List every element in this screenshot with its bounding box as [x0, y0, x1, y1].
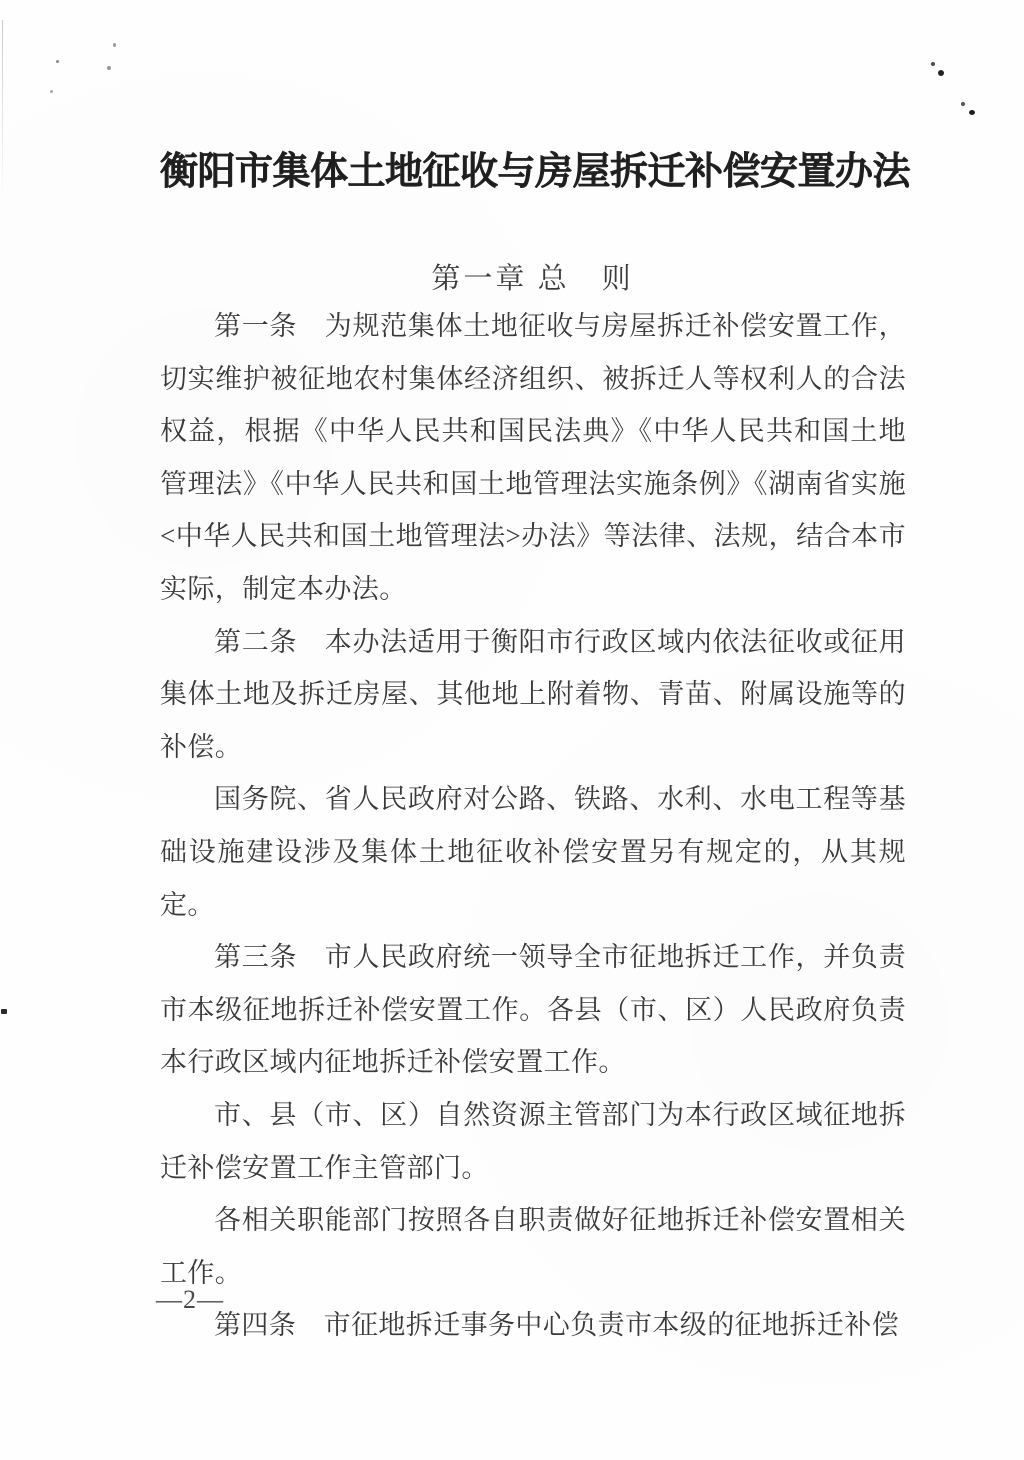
paragraph: 各相关职能部门按照各自职责做好征地拆迁补偿安置相关工作。 — [160, 1194, 906, 1299]
paragraph: 国务院、省人民政府对公路、铁路、水利、水电工程等基础设施建设涉及集体土地征收补偿… — [160, 773, 906, 931]
ink-speck — [969, 110, 975, 115]
paragraph: 第三条 市人民政府统一领导全市征地拆迁工作，并负责市本级征地拆迁补偿安置工作。各… — [160, 931, 906, 1089]
document-page: 衡阳市集体土地征收与房屋拆迁补偿安置办法 第一章 总 则 第一条 为规范集体土地… — [0, 0, 1024, 1460]
ink-speck — [56, 60, 59, 63]
ink-speck — [961, 102, 965, 106]
paragraph: 第一条 为规范集体土地征收与房屋拆迁补偿安置工作，切实维护被征地农村集体经济组织… — [160, 300, 906, 616]
ink-speck — [931, 62, 935, 66]
paragraph: 市、县（市、区）自然资源主管部门为本行政区域征地拆迁补偿安置工作主管部门。 — [160, 1089, 906, 1194]
scan-edge-line — [2, 20, 3, 200]
paragraph: 第二条 本办法适用于衡阳市行政区域内依法征收或征用集体土地及拆迁房屋、其他地上附… — [160, 616, 906, 774]
chapter-heading: 第一章 总 则 — [160, 256, 905, 302]
ink-speck — [50, 90, 53, 93]
ink-speck — [107, 66, 111, 70]
paragraph: 第四条 市征地拆迁事务中心负责市本级的征地拆迁补偿 — [160, 1299, 906, 1352]
page-number: —2— — [156, 1283, 224, 1317]
document-title: 衡阳市集体土地征收与房屋拆迁补偿安置办法 — [160, 143, 905, 201]
ink-speck — [113, 43, 116, 47]
document-body: 第一条 为规范集体土地征收与房屋拆迁补偿安置工作，切实维护被征地农村集体经济组织… — [160, 300, 906, 1352]
ink-speck — [938, 70, 944, 76]
ink-speck — [1, 1009, 7, 1014]
